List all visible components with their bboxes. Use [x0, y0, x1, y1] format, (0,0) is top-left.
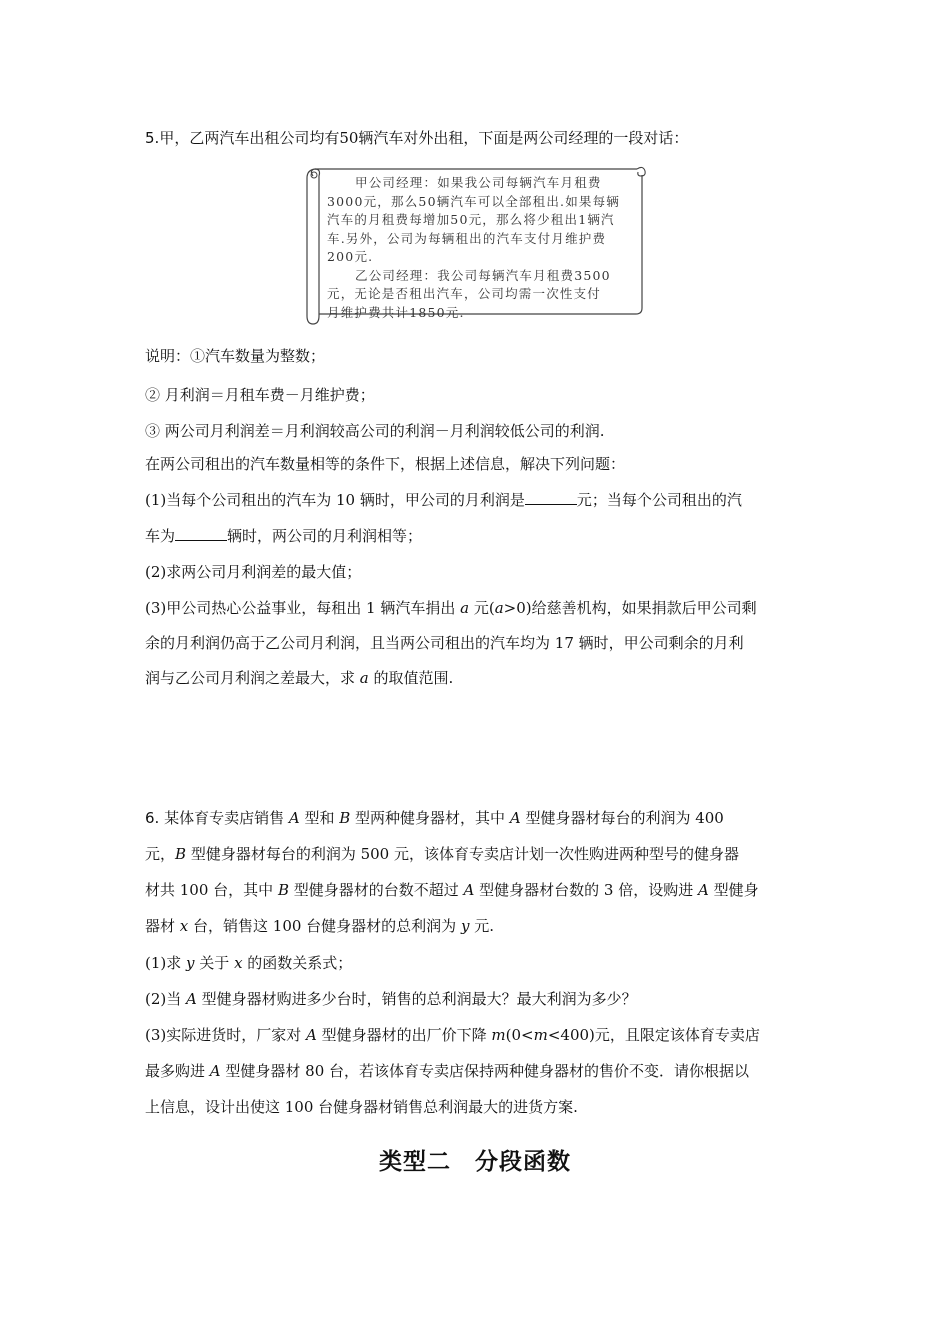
document-page: 5.甲，乙两汽车出租公司均有50辆汽车对外出租，下面是两公司经理的一段对话： 甲…: [0, 0, 950, 1344]
problem-5-q3-line3: 润与乙公司月利润之差最大，求 a 的取值范围.: [145, 668, 815, 688]
problem-6-line4: 器材 x 台，销售这 100 台健身器材的总利润为 y 元.: [145, 916, 815, 936]
math-variable: a: [360, 669, 369, 687]
problem-6-q3-line1: (3)实际进货时，厂家对 A 型健身器材的出厂价下降 m(0<m<400)元，且…: [145, 1025, 815, 1045]
dialog-line: 200元.: [327, 248, 627, 267]
math-variable: m: [534, 1026, 548, 1044]
text-span: (1)求: [145, 954, 186, 972]
text-span: 型健身器材的出厂价下降: [317, 1026, 492, 1044]
text-span: 型健身器材 80 台，若该体育专卖店保持两种健身器材的售价不变．请你根据以: [221, 1062, 749, 1080]
text-span: >0)给慈善机构，如果捐款后甲公司剩: [504, 599, 757, 617]
text-span: (3)实际进货时，厂家对: [145, 1026, 306, 1044]
dialog-line: 3000元，那么50辆汽车可以全部租出.如果每辆: [327, 193, 627, 212]
problem-number: 6.: [145, 809, 159, 827]
text-span: 元，: [145, 845, 175, 863]
dialog-scroll: 甲公司经理：如果我公司每辆汽车月租费 3000元，那么50辆汽车可以全部租出.如…: [305, 166, 645, 324]
problem-5-q1-line2: 车为辆时，两公司的月利润相等；: [145, 526, 815, 546]
text-span: 台，销售这 100 台健身器材的总利润为: [188, 917, 461, 935]
text-span: 型健身器材购进多少台时，销售的总利润最大？最大利润为多少？: [197, 990, 637, 1008]
math-variable: a: [460, 599, 469, 617]
answer-blank: [525, 490, 577, 505]
problem-6-line1: 6. 某体育专卖店销售 A 型和 B 型两种健身器材，其中 A 型健身器材每台的…: [145, 808, 815, 828]
note-3: ③ 两公司月利润差＝月利润较高公司的利润－月利润较低公司的利润.: [145, 421, 815, 441]
math-variable: A: [464, 881, 475, 899]
text-span: 器材: [145, 917, 180, 935]
text-span: 某体育专卖店销售: [159, 809, 289, 827]
text-span: (1)当每个公司租出的汽车为 10 辆时，甲公司的月利润是: [145, 491, 525, 509]
problem-5-q1-line1: (1)当每个公司租出的汽车为 10 辆时，甲公司的月利润是元；当每个公司租出的汽: [145, 490, 815, 510]
text-span: 甲，乙两汽车出租公司均有50辆汽车对外出租，下面是两公司经理的一段对话：: [159, 129, 688, 147]
problem-6-q3-line3: 上信息，设计出使这 100 台健身器材销售总利润最大的进货方案.: [145, 1097, 815, 1117]
math-variable: B: [278, 881, 289, 899]
text-span: 的取值范围.: [369, 669, 454, 687]
problem-6-q2: (2)当 A 型健身器材购进多少台时，销售的总利润最大？最大利润为多少？: [145, 989, 815, 1009]
problem-number: 5.: [145, 129, 159, 147]
math-variable: x: [234, 954, 242, 972]
text-span: 型健身: [709, 881, 759, 899]
math-variable: m: [491, 1026, 505, 1044]
text-span: 元；当每个公司租出的汽: [577, 491, 742, 509]
text-span: 车为: [145, 527, 175, 545]
math-variable: y: [186, 954, 194, 972]
text-span: (2)当: [145, 990, 186, 1008]
problem-5-q3-line2: 余的月利润仍高于乙公司月利润，且当两公司租出的汽车均为 17 辆时，甲公司剩余的…: [145, 633, 815, 653]
text-span: 元(: [469, 599, 495, 617]
note-1: 说明：①汽车数量为整数；: [145, 346, 815, 366]
text-span: 型健身器材台数的 3 倍，设购进: [474, 881, 698, 899]
text-span: (0<: [506, 1026, 534, 1044]
note-2: ② 月利润＝月租车费－月维护费；: [145, 385, 815, 405]
problem-5-q3-line1: (3)甲公司热心公益事业，每租出 1 辆汽车捐出 a 元(a>0)给慈善机构，如…: [145, 598, 815, 618]
text-span: <400)元，且限定该体育专卖店: [548, 1026, 760, 1044]
dialog-line: 月维护费共计1850元.: [327, 304, 627, 323]
dialog-line: 汽车的月租费每增加50元，那么将少租出1辆汽: [327, 211, 627, 230]
math-variable: A: [289, 809, 300, 827]
dialog-line: 车.另外，公司为每辆租出的汽车支付月维护费: [327, 230, 627, 249]
text-span: 型健身器材每台的利润为 400: [521, 809, 724, 827]
problem-5-intro: 5.甲，乙两汽车出租公司均有50辆汽车对外出租，下面是两公司经理的一段对话：: [145, 128, 815, 148]
dialog-line: 元，无论是否租出汽车，公司均需一次性支付: [327, 285, 627, 304]
text-span: 元.: [469, 917, 494, 935]
text-span: 关于: [195, 954, 235, 972]
text-span: 型健身器材每台的利润为 500 元，该体育专卖店计划一次性购进两种型号的健身器: [186, 845, 739, 863]
text-span: (3)甲公司热心公益事业，每租出 1 辆汽车捐出: [145, 599, 460, 617]
dialog-text: 甲公司经理：如果我公司每辆汽车月租费 3000元，那么50辆汽车可以全部租出.如…: [327, 174, 627, 322]
math-variable: A: [210, 1062, 221, 1080]
dialog-line: 甲公司经理：如果我公司每辆汽车月租费: [327, 174, 627, 193]
math-variable: B: [339, 809, 350, 827]
dialog-line: 乙公司经理：我公司每辆汽车月租费3500: [327, 267, 627, 286]
text-span: 型和: [300, 809, 340, 827]
math-variable: B: [175, 845, 186, 863]
problem-6-line3: 材共 100 台，其中 B 型健身器材的台数不超过 A 型健身器材台数的 3 倍…: [145, 880, 815, 900]
text-span: 润与乙公司月利润之差最大，求: [145, 669, 360, 687]
text-span: 辆时，两公司的月利润相等；: [227, 527, 422, 545]
text-span: 的函数关系式；: [243, 954, 353, 972]
text-span: 型两种健身器材，其中: [350, 809, 510, 827]
answer-blank: [175, 526, 227, 541]
text-span: 最多购进: [145, 1062, 210, 1080]
text-span: 型健身器材的台数不超过: [289, 881, 464, 899]
section-title: 类型二 分段函数: [0, 1143, 950, 1176]
problem-5-q2: (2)求两公司月利润差的最大值；: [145, 562, 815, 582]
math-variable: A: [698, 881, 709, 899]
problem-6-q3-line2: 最多购进 A 型健身器材 80 台，若该体育专卖店保持两种健身器材的售价不变．请…: [145, 1061, 815, 1081]
math-variable: a: [495, 599, 504, 617]
condition-text: 在两公司租出的汽车数量相等的条件下，根据上述信息，解决下列问题：: [145, 454, 815, 474]
problem-6-line2: 元，B 型健身器材每台的利润为 500 元，该体育专卖店计划一次性购进两种型号的…: [145, 844, 815, 864]
problem-6-q1: (1)求 y 关于 x 的函数关系式；: [145, 953, 815, 973]
math-variable: A: [306, 1026, 317, 1044]
text-span: 材共 100 台，其中: [145, 881, 278, 899]
math-variable: A: [510, 809, 521, 827]
math-variable: x: [180, 917, 188, 935]
math-variable: A: [186, 990, 197, 1008]
